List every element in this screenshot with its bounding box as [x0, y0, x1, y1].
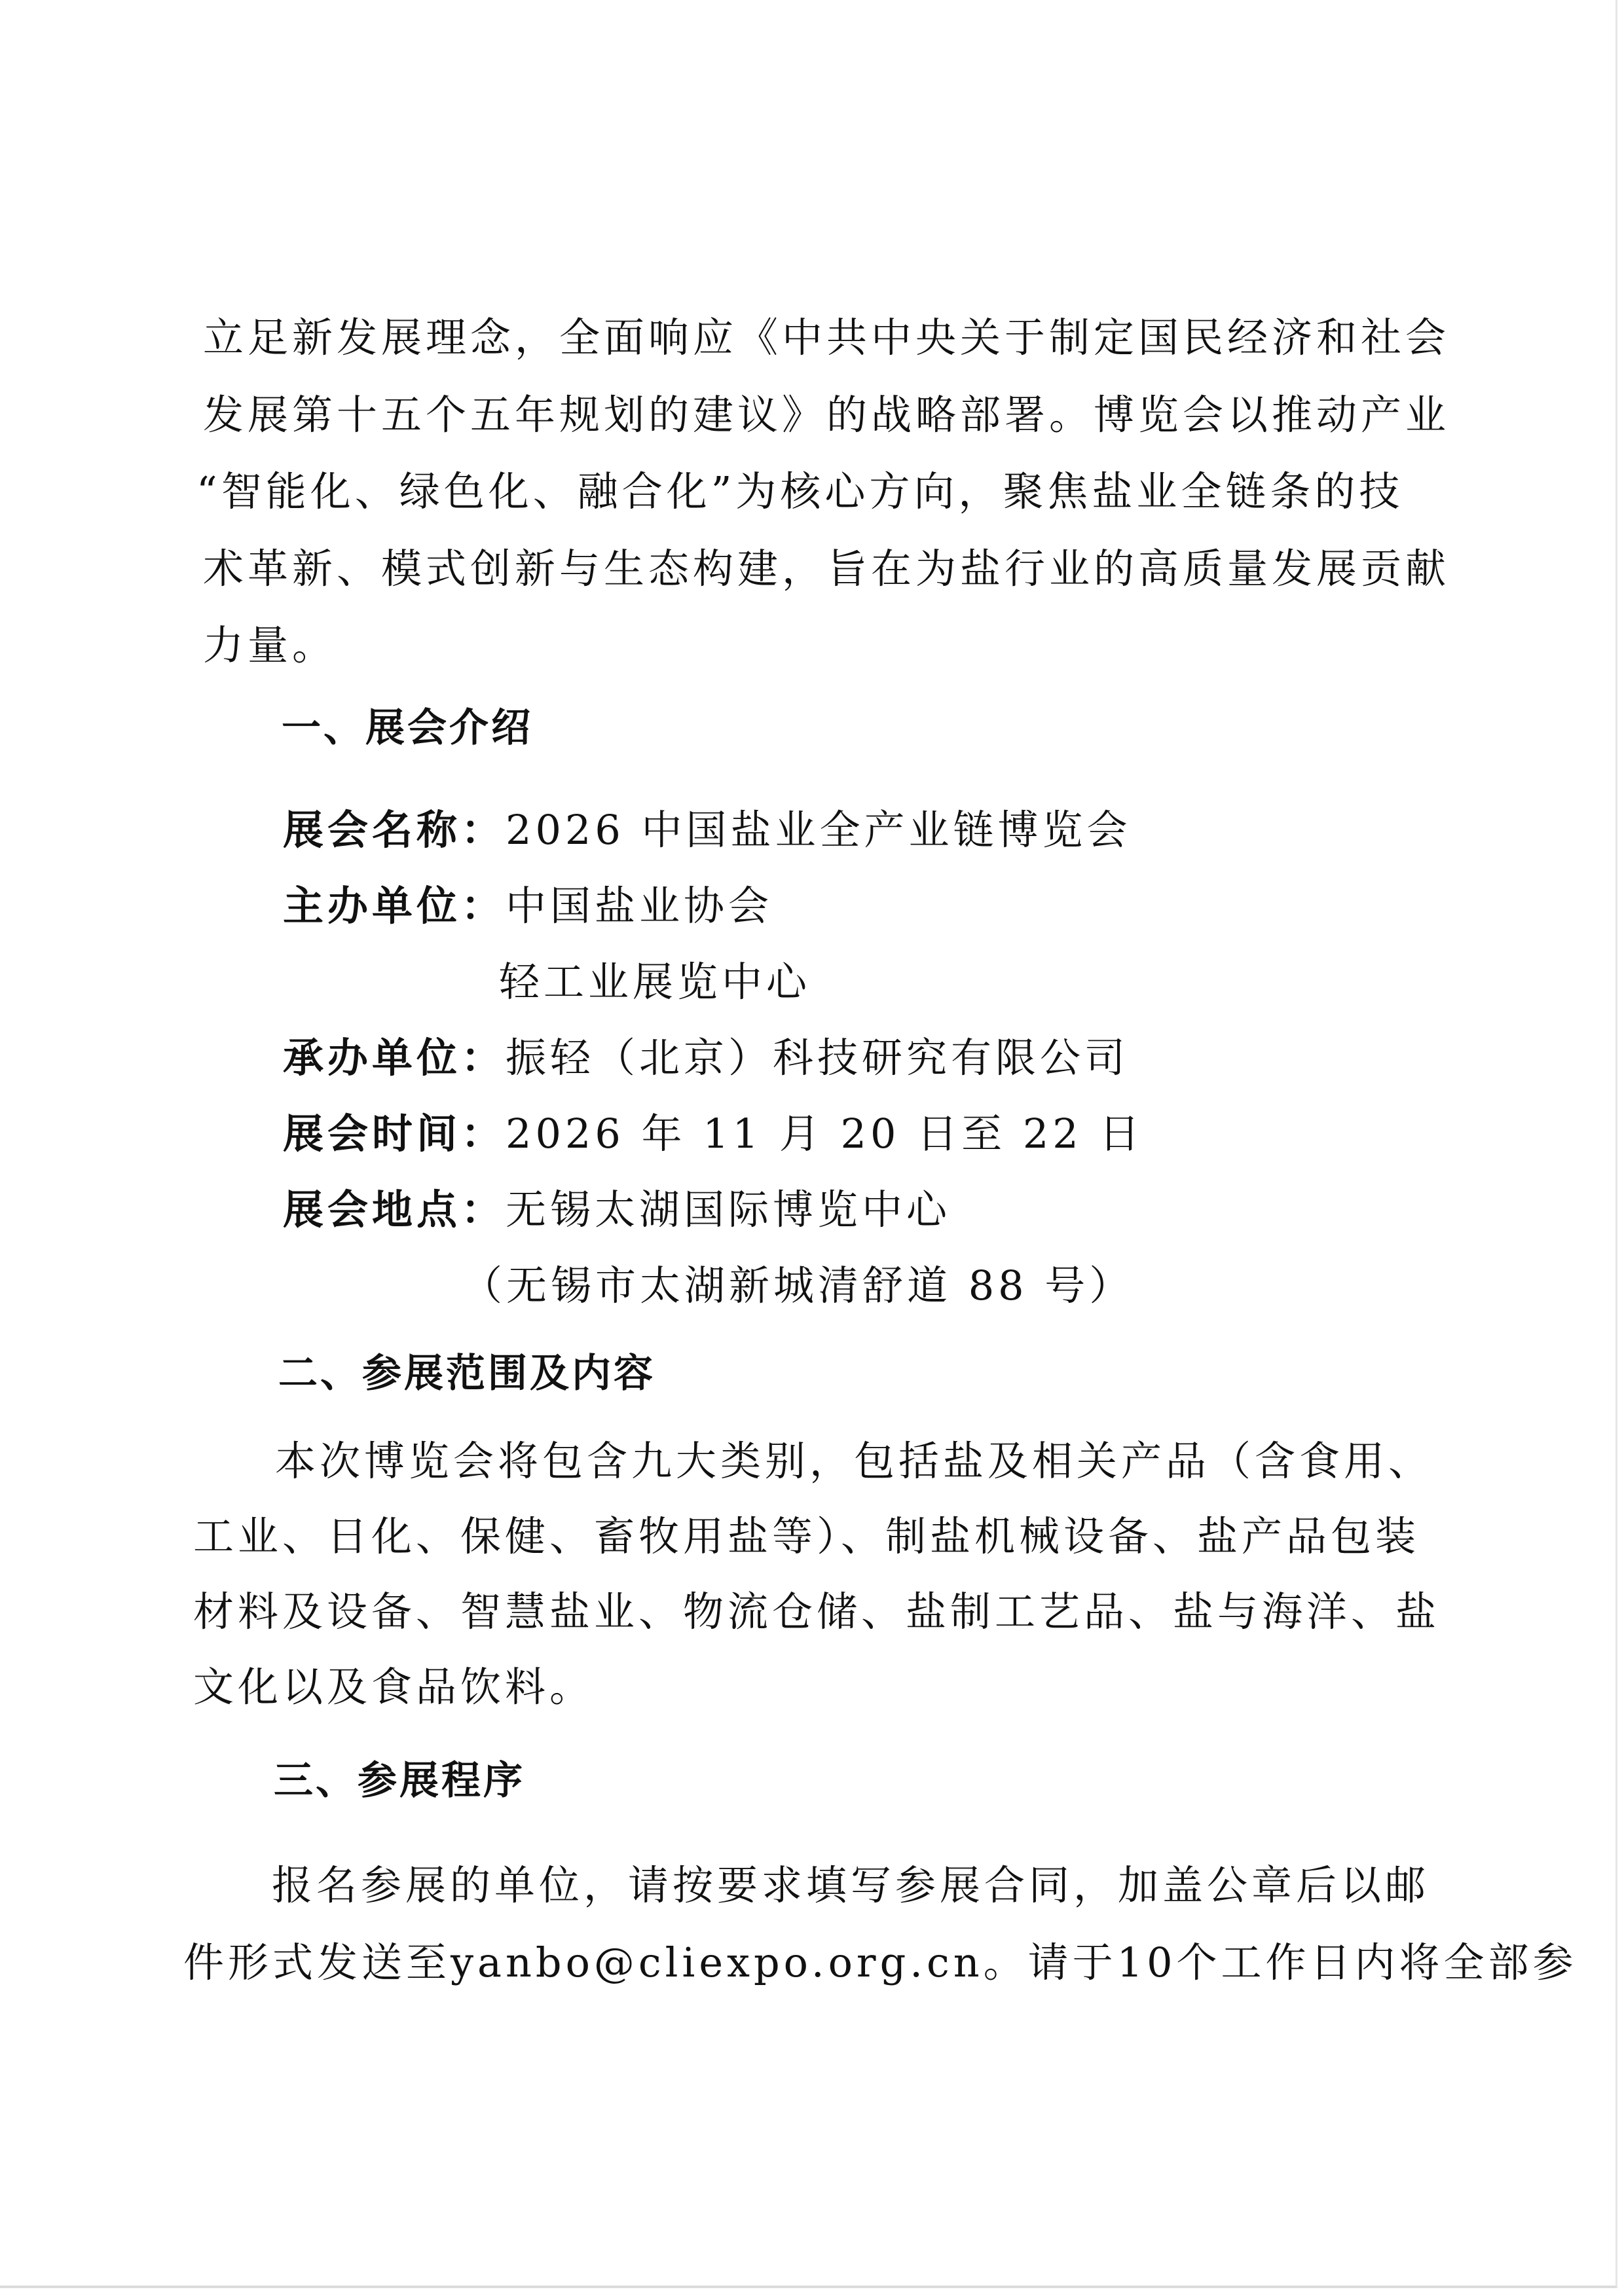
section3-line-2: 件形式发送至yanbo@cliexpo.org.cn。请于10个工作日内将全部参 [183, 1937, 1395, 1989]
field-value: 轻工业展览中心 [499, 958, 811, 1006]
section1-heading: 一、展会介绍 [282, 702, 533, 754]
field-label: 展会时间： [283, 1110, 506, 1157]
section2-line-1: 本次博览会将包含九大类别，包括盐及相关产品（含食用、 [275, 1435, 1401, 1487]
field-exhibition-time: 展会时间：2026 年 11 月 20 日至 22 日 [283, 1108, 1143, 1160]
field-value: 中国盐业协会 [506, 882, 773, 930]
field-label: 主办单位： [283, 882, 506, 930]
field-venue-address: （无锡市太湖新城清舒道 88 号） [462, 1260, 1134, 1312]
field-organizer: 主办单位：中国盐业协会 [283, 880, 773, 932]
section2-line-2: 工业、日化、保健、畜牧用盐等）、制盐机械设备、盐产品包装 [193, 1510, 1401, 1563]
field-co-organizer: 承办单位：振轻（北京）科技研究有限公司 [283, 1032, 1129, 1084]
intro-line-2: 发展第十五个五年规划的建议》的战略部署。博览会以推动产业 [203, 389, 1401, 441]
intro-line-5: 力量。 [203, 619, 337, 672]
field-label: 承办单位： [283, 1034, 506, 1082]
field-exhibition-name: 展会名称：2026 中国盐业全产业链博览会 [283, 804, 1132, 856]
field-label: 展会名称： [283, 806, 506, 854]
field-label: 展会地点： [283, 1186, 506, 1233]
field-value: 振轻（北京）科技研究有限公司 [506, 1034, 1129, 1082]
field-exhibition-venue: 展会地点：无锡太湖国际博览中心 [283, 1184, 951, 1236]
section2-line-3: 材料及设备、智慧盐业、物流仓储、盐制工艺品、盐与海洋、盐 [193, 1586, 1401, 1638]
intro-line-4: 术革新、模式创新与生态构建，旨在为盐行业的高质量发展贡献 [203, 543, 1401, 595]
section3-heading: 三、参展程序 [274, 1755, 525, 1807]
field-value: 无锡太湖国际博览中心 [506, 1186, 951, 1233]
intro-line-1: 立足新发展理念，全面响应《中共中央关于制定国民经济和社会 [203, 312, 1401, 364]
field-value: （无锡市太湖新城清舒道 88 号） [462, 1262, 1134, 1309]
intro-line-3: “智能化、绿色化、融合化”为核心方向，聚焦盐业全链条的技 [196, 465, 1401, 518]
document-page: 立足新发展理念，全面响应《中共中央关于制定国民经济和社会 发展第十五个五年规划的… [0, 0, 1617, 2288]
field-value: 2026 年 11 月 20 日至 22 日 [506, 1110, 1143, 1157]
section2-heading: 二、参展范围及内容 [278, 1347, 655, 1400]
section2-line-4: 文化以及食品饮料。 [193, 1661, 594, 1713]
section3-line-1: 报名参展的单位，请按要求填写参展合同，加盖公章后以邮 [272, 1859, 1385, 1912]
field-value: 2026 中国盐业全产业链博览会 [506, 806, 1132, 854]
field-organizer-2: 轻工业展览中心 [499, 956, 811, 1008]
